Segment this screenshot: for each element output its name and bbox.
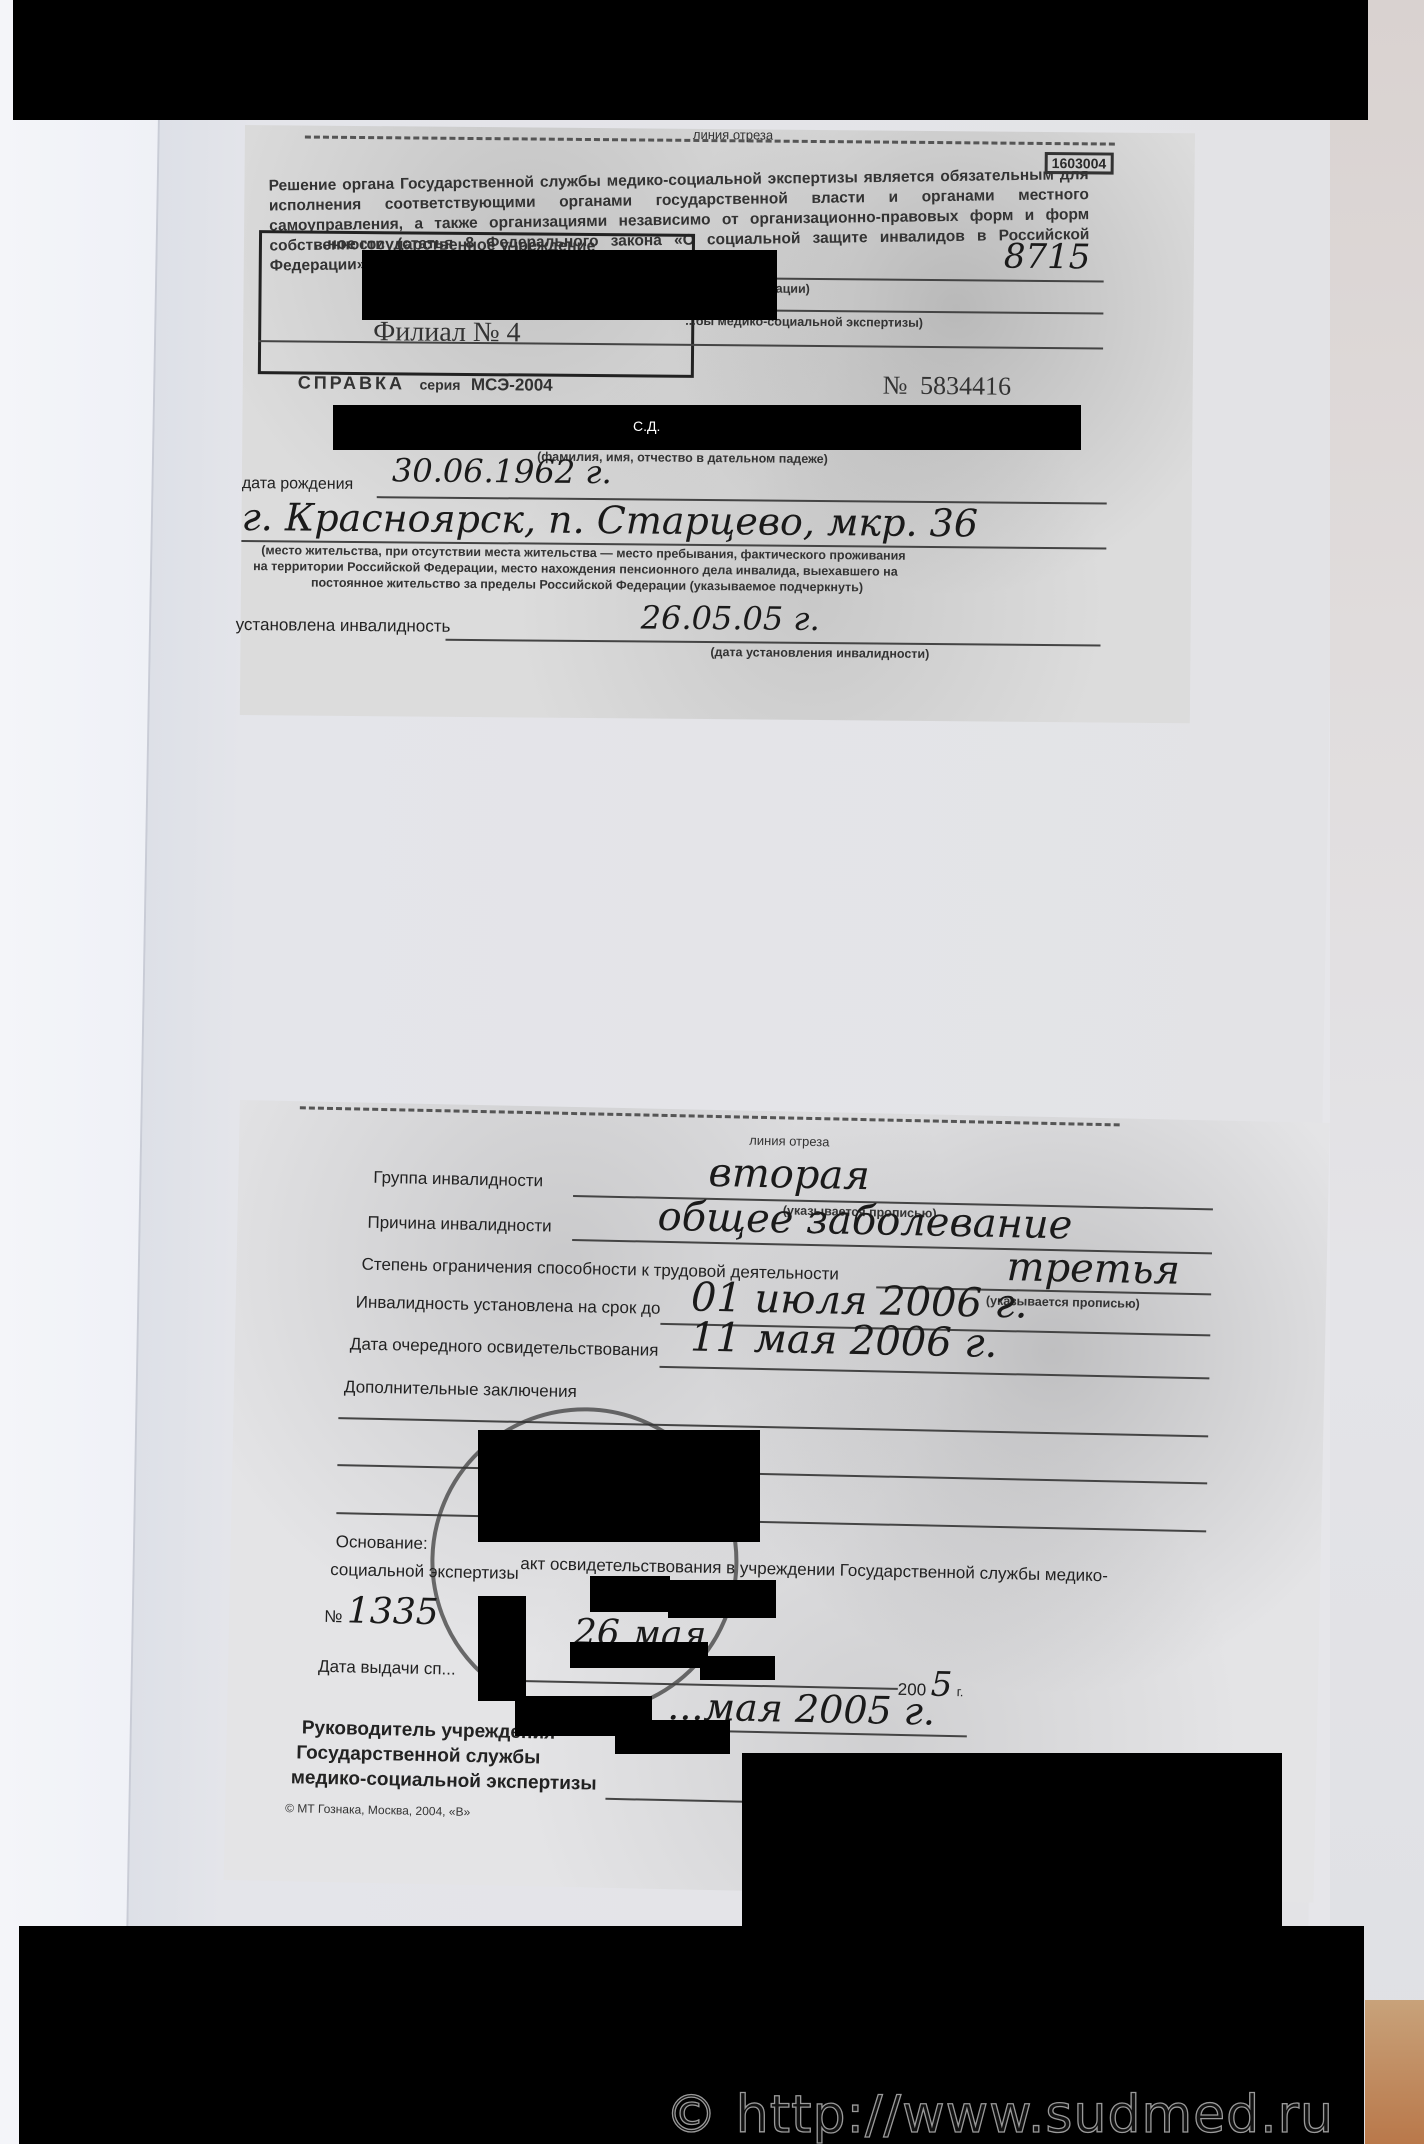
redaction-stamp-part-7 — [615, 1720, 730, 1754]
issue-year-unit: г. — [957, 1684, 964, 1699]
cut-line-label: линия отреза — [749, 1133, 829, 1150]
certificate-number-row: № 5834416 — [883, 371, 1012, 402]
disability-date: 26.05.05 г. — [641, 598, 820, 638]
birth-value: 30.06.1962 г. — [392, 451, 612, 491]
background-table-edge — [1365, 2000, 1424, 2144]
basis-label: Основание: — [336, 1532, 428, 1554]
rule — [605, 1798, 745, 1803]
degree-value: третья — [1006, 1244, 1180, 1294]
address-hint-3: постоянное жительство за пределы Российс… — [311, 576, 863, 595]
series-value: МСЭ-2004 — [471, 375, 553, 395]
redaction-stamp-part-3 — [668, 1580, 776, 1618]
redaction-name-initials: С.Д. — [633, 418, 660, 434]
birth-label: дата рождения — [242, 475, 354, 494]
act-number: 1335 — [347, 1590, 439, 1633]
certificate-title-row: СПРАВКА серия МСЭ-2004 — [298, 372, 553, 395]
head-label-3: медико-социальной экспертизы — [291, 1766, 597, 1796]
redaction-name: С.Д. — [333, 405, 1081, 450]
redaction-stamp — [478, 1430, 760, 1542]
rule — [338, 1417, 1208, 1437]
act-number-row: № 1335 — [324, 1590, 439, 1633]
additional-label: Дополнительные заключения — [344, 1377, 577, 1402]
act-number-sign: № — [324, 1607, 343, 1626]
next-exam-value: 11 мая 2006 г. — [690, 1314, 998, 1366]
redaction-top — [13, 0, 1368, 120]
cause-value: общее заболевание — [657, 1194, 1073, 1249]
series-label: серия — [419, 377, 460, 393]
disability-label: установлена инвалидность — [236, 615, 451, 637]
cut-line-label: линия отреза — [693, 127, 773, 143]
redaction-stamp-part-1 — [478, 1596, 526, 1701]
head-label-2: Государственной службы — [296, 1741, 541, 1770]
redaction-institution — [362, 250, 777, 320]
number-sign: № — [883, 371, 908, 400]
redaction-stamp-part-4 — [570, 1642, 708, 1668]
certificate-title: СПРАВКА — [298, 372, 406, 393]
rule — [659, 1366, 1209, 1380]
cause-label: Причина инвалидности — [367, 1213, 552, 1237]
term-label: Инвалидность установлена на срок до — [356, 1292, 661, 1318]
print-copyright: © МТ Гознака, Москва, 2004, «В» — [285, 1801, 470, 1819]
branch-name: Филиал № 4 — [373, 316, 521, 349]
group-label: Группа инвалидности — [373, 1168, 543, 1192]
issue-label: Дата выдачи сп... — [318, 1657, 456, 1680]
background-desk — [1330, 0, 1424, 2144]
certificate-number: 5834416 — [920, 371, 1011, 401]
address-value: г. Красноярск, п. Старцево, мкр. 36 — [241, 495, 978, 545]
next-exam-label: Дата очередного освидетельствования — [350, 1334, 659, 1360]
disability-hint: (дата установления инвалидности) — [710, 645, 929, 661]
redaction-stamp-part-2 — [590, 1576, 670, 1612]
basis-text-2: социальной экспертизы — [330, 1560, 519, 1584]
handwritten-number: 8715 — [1004, 237, 1091, 278]
redaction-stamp-part-5 — [700, 1656, 775, 1680]
redaction-signature — [742, 1753, 1282, 1928]
watermark: © http://www.sudmed.ru — [665, 2085, 1334, 2144]
group-value: вторая — [708, 1150, 870, 1199]
